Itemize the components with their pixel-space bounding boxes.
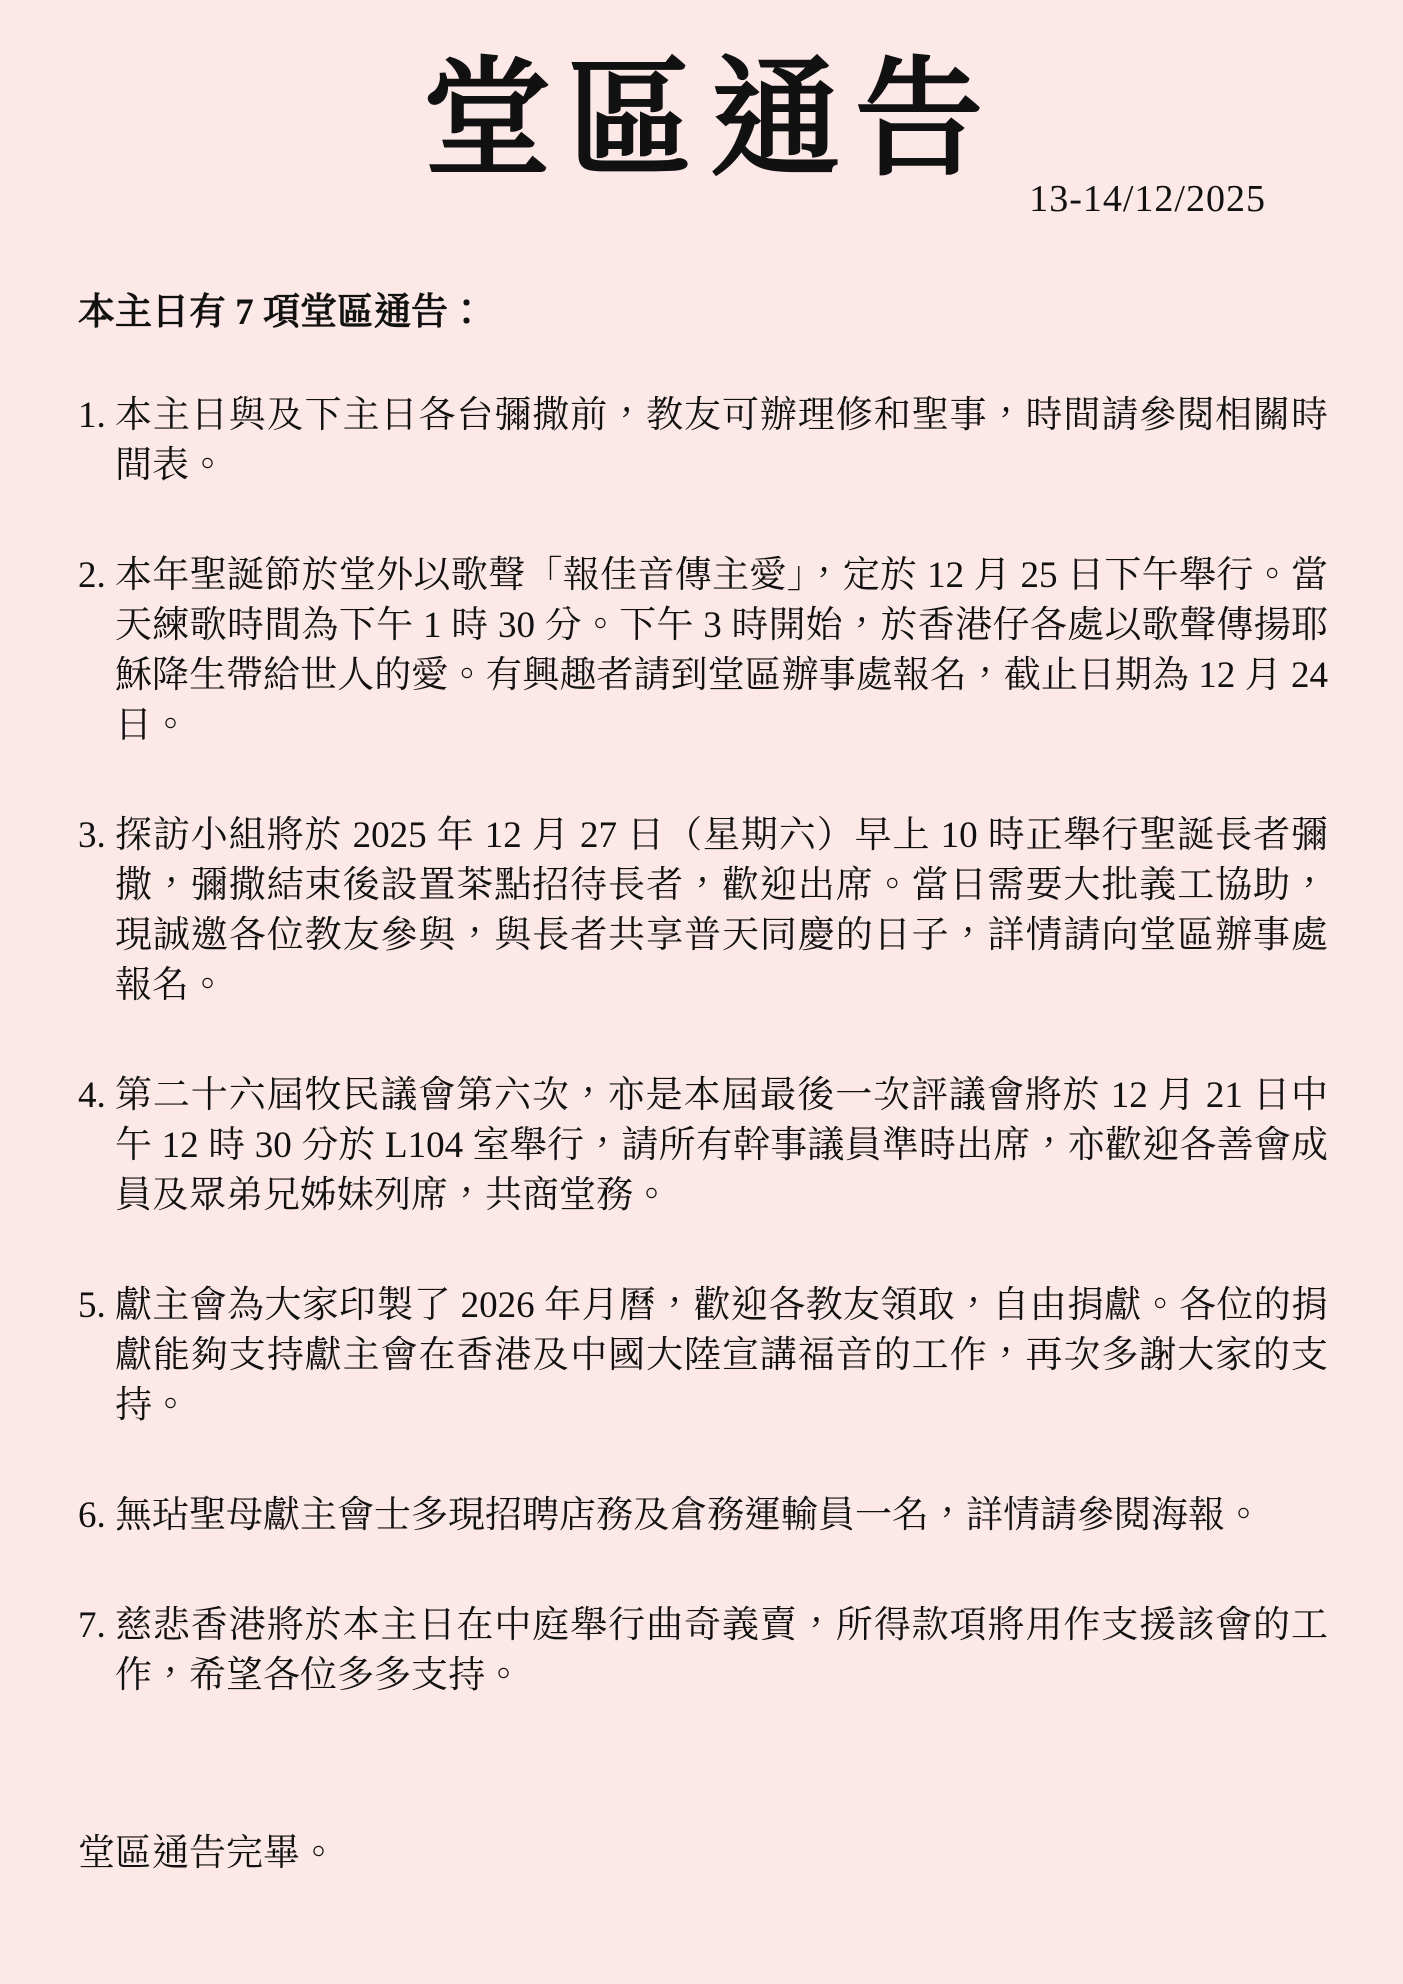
item-text-7: 慈悲香港將於本主日在中庭舉行曲奇義賣，所得款項將用作支援該會的工作，希望各位多多…: [115, 1605, 1328, 1696]
notice-item-7: 7. 慈悲香港將於本主日在中庭舉行曲奇義賣，所得款項將用作支援該會的工作，希望各…: [78, 1601, 1328, 1701]
notice-item-2: 2. 本年聖誕節於堂外以歌聲「報佳音傳主愛」，定於 12 月 25 日下午舉行。…: [78, 551, 1328, 751]
notice-item-1: 1. 本主日與及下主日各台彌撒前，教友可辦理修和聖事，時間請參閱相關時間表。: [78, 391, 1328, 491]
item-text-2: 本年聖誕節於堂外以歌聲「報佳音傳主愛」，定於 12 月 25 日下午舉行。當天練…: [115, 555, 1328, 746]
item-text-6: 無玷聖母獻主會士多現招聘店務及倉務運輸員一名，詳情請參閱海報。: [115, 1495, 1262, 1536]
notice-date: 13-14/12/2025: [1029, 177, 1266, 221]
notice-page: 堂區通告 13-14/12/2025 本主日有 7 項堂區通告： 1. 本主日與…: [0, 0, 1403, 1984]
item-text-4: 第二十六屆牧民議會第六次，亦是本屆最後一次評議會將於 12 月 21 日中午 1…: [115, 1075, 1328, 1216]
doc-header: 堂區通告 13-14/12/2025: [78, 28, 1328, 213]
intro-text: 本主日有 7 項堂區通告：: [78, 291, 1328, 335]
item-number-3: 3.: [78, 811, 106, 861]
notice-item-6: 6. 無玷聖母獻主會士多現招聘店務及倉務運輸員一名，詳情請參閱海報。: [78, 1491, 1328, 1541]
item-text-3: 探訪小組將於 2025 年 12 月 27 日（星期六）早上 10 時正舉行聖誕…: [115, 815, 1328, 1006]
item-text-1: 本主日與及下主日各台彌撒前，教友可辦理修和聖事，時間請參閱相關時間表。: [115, 395, 1328, 486]
item-number-7: 7.: [78, 1601, 106, 1651]
item-number-1: 1.: [78, 391, 106, 441]
footer-text: 堂區通告完畢。: [78, 1829, 1328, 1879]
item-text-5: 獻主會為大家印製了 2026 年月曆，歡迎各教友領取，自由捐獻。各位的捐獻能夠支…: [115, 1285, 1328, 1426]
item-number-5: 5.: [78, 1281, 106, 1331]
notice-item-3: 3. 探訪小組將於 2025 年 12 月 27 日（星期六）早上 10 時正舉…: [78, 811, 1328, 1011]
notice-item-4: 4. 第二十六屆牧民議會第六次，亦是本屆最後一次評議會將於 12 月 21 日中…: [78, 1071, 1328, 1221]
notice-item-5: 5. 獻主會為大家印製了 2026 年月曆，歡迎各教友領取，自由捐獻。各位的捐獻…: [78, 1281, 1328, 1431]
item-number-4: 4.: [78, 1071, 106, 1121]
item-number-6: 6.: [78, 1491, 106, 1541]
notice-list: 1. 本主日與及下主日各台彌撒前，教友可辦理修和聖事，時間請參閱相關時間表。 2…: [78, 391, 1328, 1701]
item-number-2: 2.: [78, 551, 106, 601]
